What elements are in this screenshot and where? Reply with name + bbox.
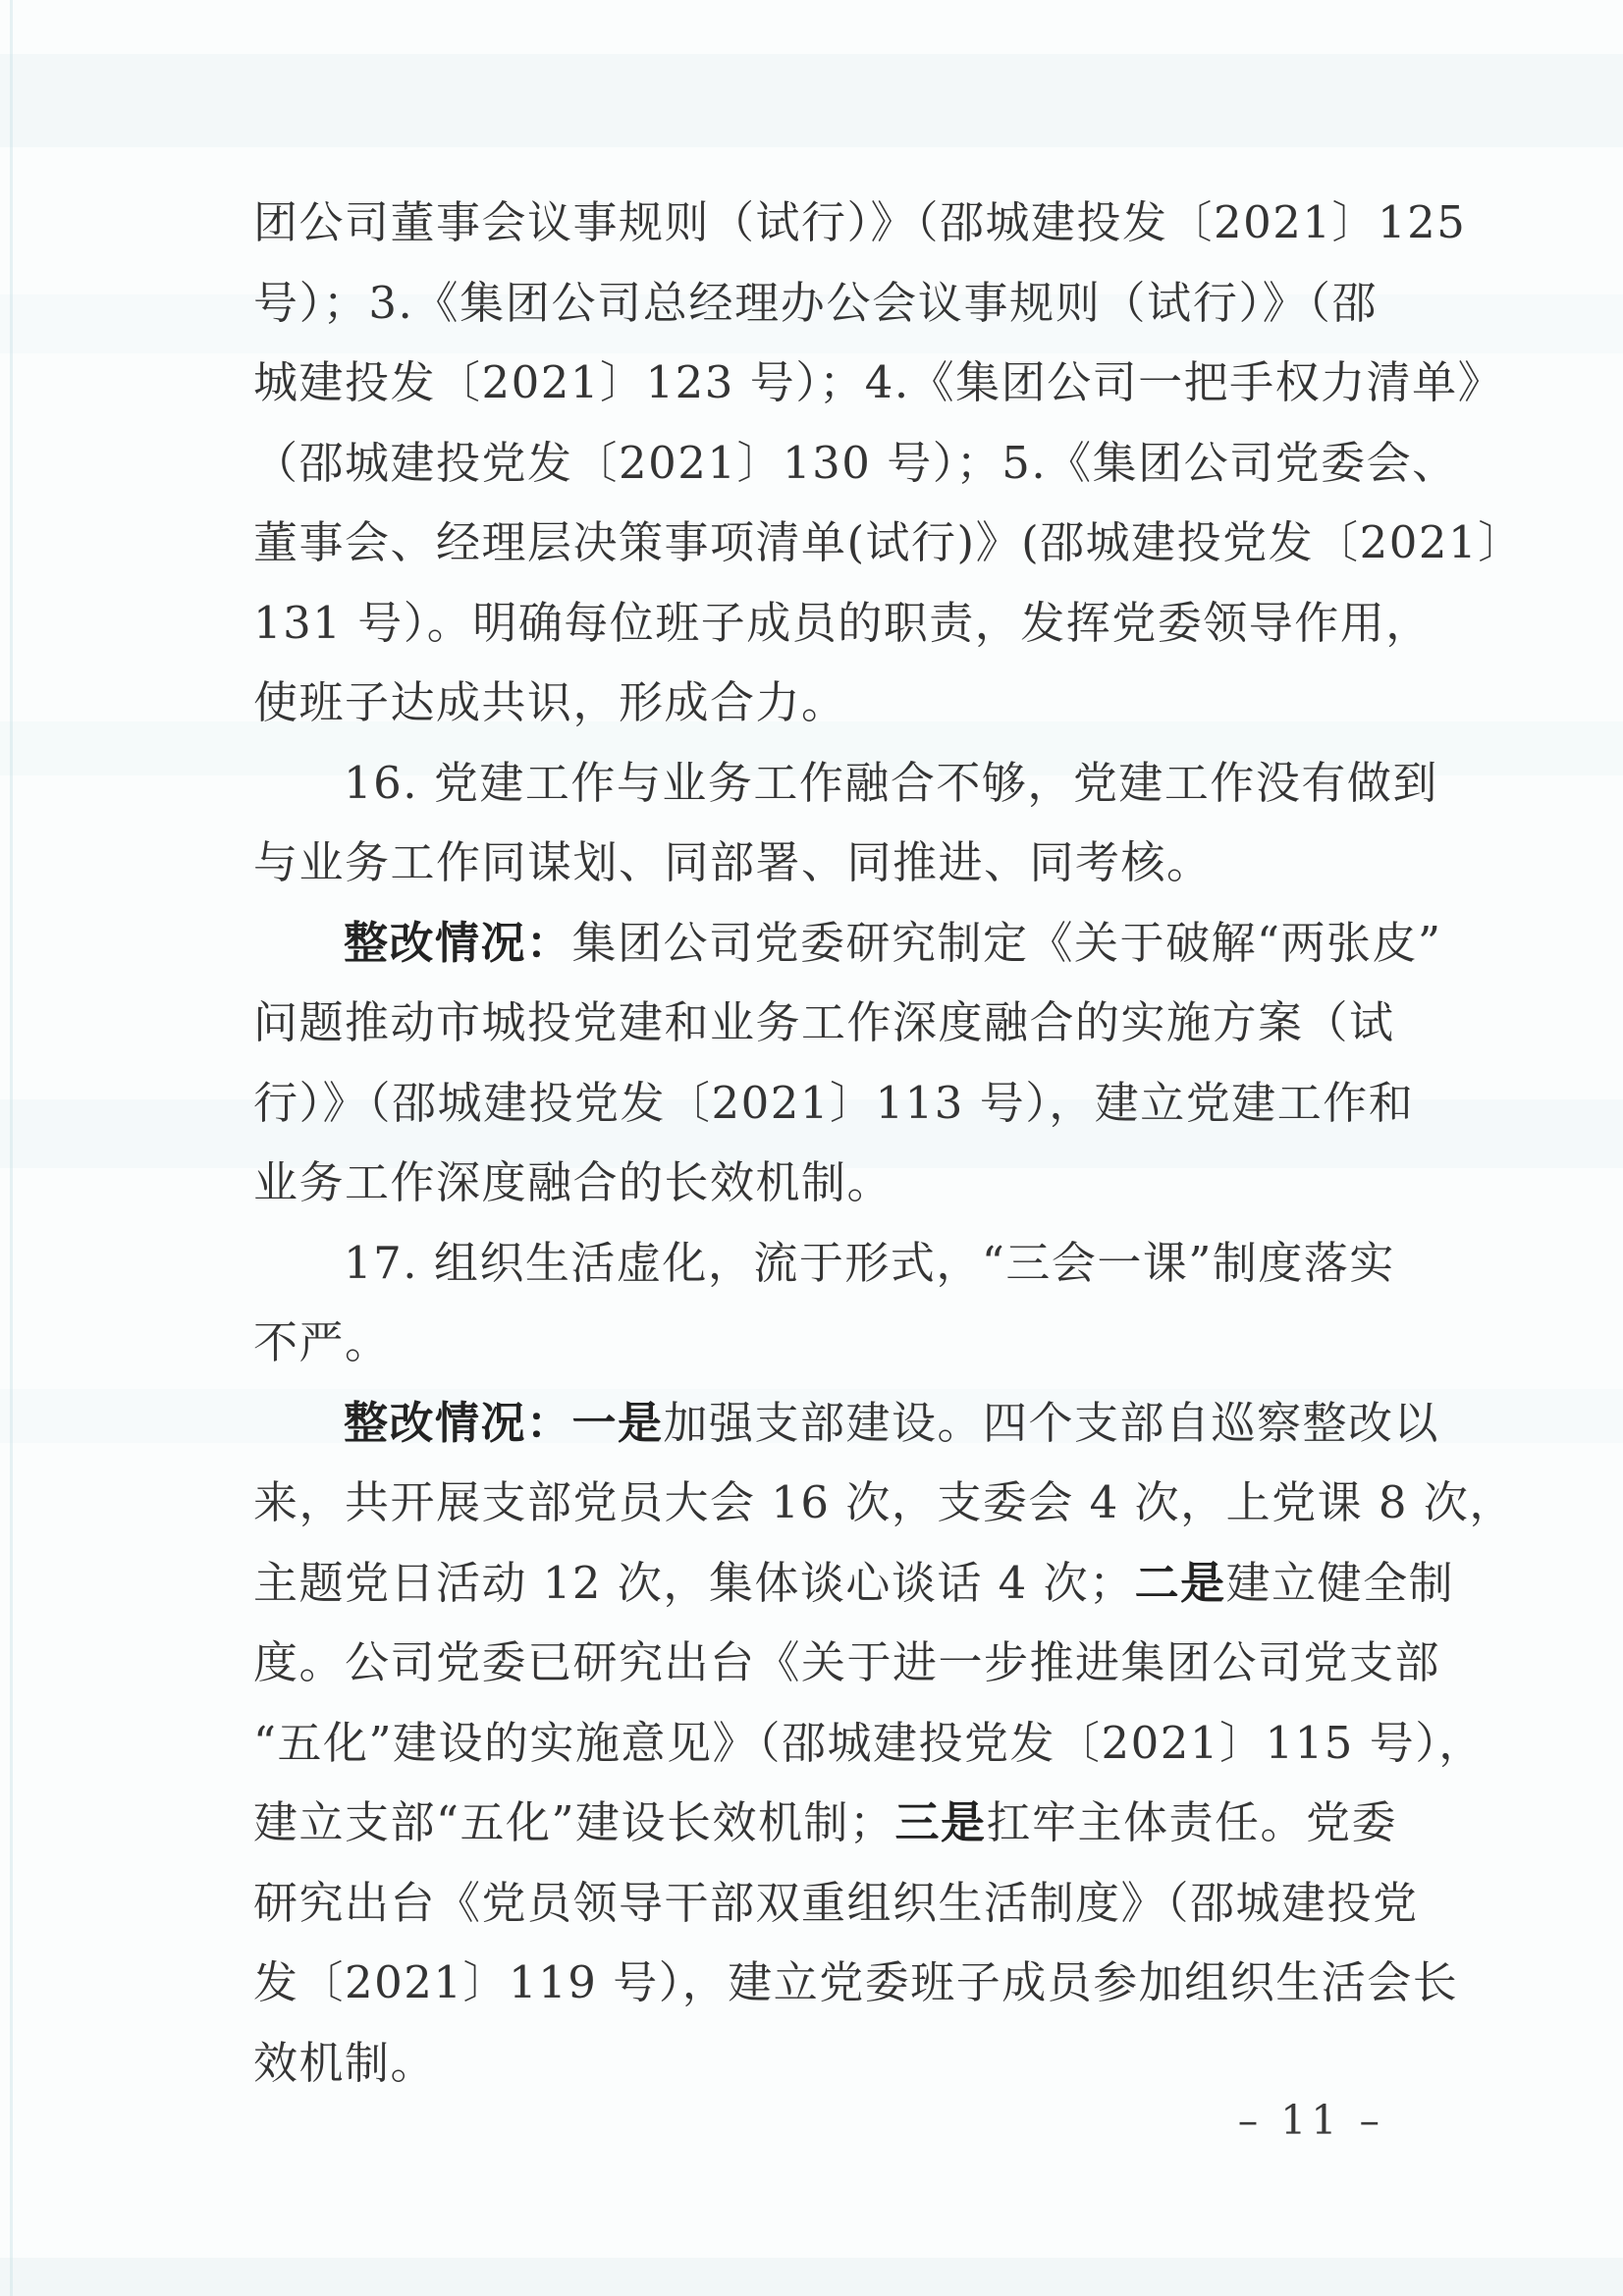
- text-line: 董事会、经理层决策事项清单(试行)》(邵城建投党发〔2021〕: [253, 503, 1378, 583]
- text-line: 研究出台《党员领导干部双重组织生活制度》（邵城建投党: [253, 1863, 1378, 1944]
- text-line: 团公司董事会议事规则（试行）》（邵城建投发〔2021〕125: [253, 183, 1378, 263]
- text-run: 建立支部“五化”建设长效机制；: [253, 1796, 895, 1848]
- text-run: 17. 组织生活虚化，流于形式，“三会一课”制度落实: [344, 1237, 1395, 1289]
- document-body: 团公司董事会议事规则（试行）》（邵城建投发〔2021〕125号）；3.《集团公司…: [253, 183, 1378, 2103]
- text-line: 城建投发〔2021〕123 号）；4.《集团公司一把手权力清单》: [253, 343, 1378, 423]
- text-run: 效机制。: [253, 2037, 436, 2089]
- text-run: 团公司董事会议事规则（试行）》（邵城建投发〔2021〕125: [253, 196, 1466, 248]
- scan-streak: [0, 2258, 1623, 2296]
- scan-streak: [0, 54, 1623, 147]
- text-line: 度。公司党委已研究出台《关于进一步推进集团公司党支部: [253, 1623, 1378, 1703]
- page-number: – 11 –: [1238, 2097, 1384, 2144]
- text-run: 主题党日活动 12 次，集体谈心谈话 4 次；: [253, 1557, 1135, 1609]
- text-line: 来，共开展支部党员大会 16 次，支委会 4 次，上党课 8 次，: [253, 1463, 1378, 1543]
- text-run: 发〔2021〕119 号），建立党委班子成员参加组织生活会长: [253, 1956, 1458, 2008]
- bold-text-run: 一是: [572, 1397, 664, 1449]
- text-line: 使班子达成共识，形成合力。: [253, 663, 1378, 743]
- text-run: 行）》（邵城建投党发〔2021〕113 号），建立党建工作和: [253, 1077, 1414, 1129]
- text-run: 来，共开展支部党员大会 16 次，支委会 4 次，上党课 8 次，: [253, 1476, 1515, 1528]
- text-run: 建立健全制: [1226, 1557, 1455, 1609]
- text-run: 131 号）。明确每位班子成员的职责，发挥党委领导作用，: [253, 597, 1432, 649]
- text-run: “五化”建设的实施意见》（邵城建投党发〔2021〕115 号），: [253, 1717, 1485, 1769]
- bold-text-run: 整改情况：: [344, 1397, 572, 1449]
- text-line: 号）；3.《集团公司总经理办公会议事规则（试行）》（邵: [253, 263, 1378, 344]
- text-run: 与业务工作同谋划、同部署、同推进、同考核。: [253, 836, 1213, 888]
- text-line: 131 号）。明确每位班子成员的职责，发挥党委领导作用，: [253, 583, 1378, 664]
- bold-text-run: 三是: [895, 1796, 987, 1848]
- text-line: 不严。: [253, 1303, 1378, 1383]
- text-line: 主题党日活动 12 次，集体谈心谈话 4 次；二是建立健全制: [253, 1543, 1378, 1624]
- bold-text-run: 二是: [1135, 1557, 1226, 1609]
- text-run: 度。公司党委已研究出台《关于进一步推进集团公司党支部: [253, 1636, 1440, 1688]
- text-line: 整改情况：一是加强支部建设。四个支部自巡察整改以: [253, 1383, 1378, 1464]
- text-line: 效机制。: [253, 2023, 1378, 2104]
- text-line: 与业务工作同谋划、同部署、同推进、同考核。: [253, 823, 1378, 903]
- text-run: 扛牢主体责任。党委: [987, 1796, 1398, 1848]
- bold-text-run: 整改情况：: [344, 917, 572, 969]
- text-line: 发〔2021〕119 号），建立党委班子成员参加组织生活会长: [253, 1943, 1378, 2023]
- text-run: 不严。: [253, 1316, 391, 1368]
- text-line: “五化”建设的实施意见》（邵城建投党发〔2021〕115 号），: [253, 1703, 1378, 1784]
- text-run: 问题推动市城投党建和业务工作深度融合的实施方案（试: [253, 996, 1395, 1048]
- text-line: 行）》（邵城建投党发〔2021〕113 号），建立党建工作和: [253, 1063, 1378, 1144]
- text-run: 号）；3.《集团公司总经理办公会议事规则（试行）》（邵: [253, 277, 1378, 329]
- text-line: 16. 党建工作与业务工作融合不够，党建工作没有做到: [253, 743, 1378, 824]
- scanned-document-page: 团公司董事会议事规则（试行）》（邵城建投发〔2021〕125号）；3.《集团公司…: [0, 0, 1623, 2296]
- text-run: 加强支部建设。四个支部自巡察整改以: [664, 1397, 1440, 1449]
- text-run: 研究出台《党员领导干部双重组织生活制度》（邵城建投党: [253, 1877, 1419, 1929]
- text-line: 问题推动市城投党建和业务工作深度融合的实施方案（试: [253, 983, 1378, 1063]
- text-run: 使班子达成共识，形成合力。: [253, 676, 847, 728]
- scan-edge-line: [10, 0, 13, 2296]
- text-line: （邵城建投党发〔2021〕130 号）；5.《集团公司党委会、: [253, 423, 1378, 504]
- text-run: 16. 党建工作与业务工作融合不够，党建工作没有做到: [344, 757, 1438, 809]
- text-line: 业务工作深度融合的长效机制。: [253, 1143, 1378, 1223]
- text-run: 董事会、经理层决策事项清单(试行)》(邵城建投党发〔2021〕: [253, 516, 1524, 568]
- text-line: 17. 组织生活虚化，流于形式，“三会一课”制度落实: [253, 1223, 1378, 1304]
- text-run: 城建投发〔2021〕123 号）；4.《集团公司一把手权力清单》: [253, 356, 1503, 408]
- text-run: 业务工作深度融合的长效机制。: [253, 1156, 893, 1208]
- text-line: 整改情况：集团公司党委研究制定《关于破解“两张皮”: [253, 903, 1378, 984]
- text-run: 集团公司党委研究制定《关于破解“两张皮”: [572, 917, 1442, 969]
- text-line: 建立支部“五化”建设长效机制；三是扛牢主体责任。党委: [253, 1783, 1378, 1863]
- text-run: （邵城建投党发〔2021〕130 号）；5.《集团公司党委会、: [253, 437, 1458, 489]
